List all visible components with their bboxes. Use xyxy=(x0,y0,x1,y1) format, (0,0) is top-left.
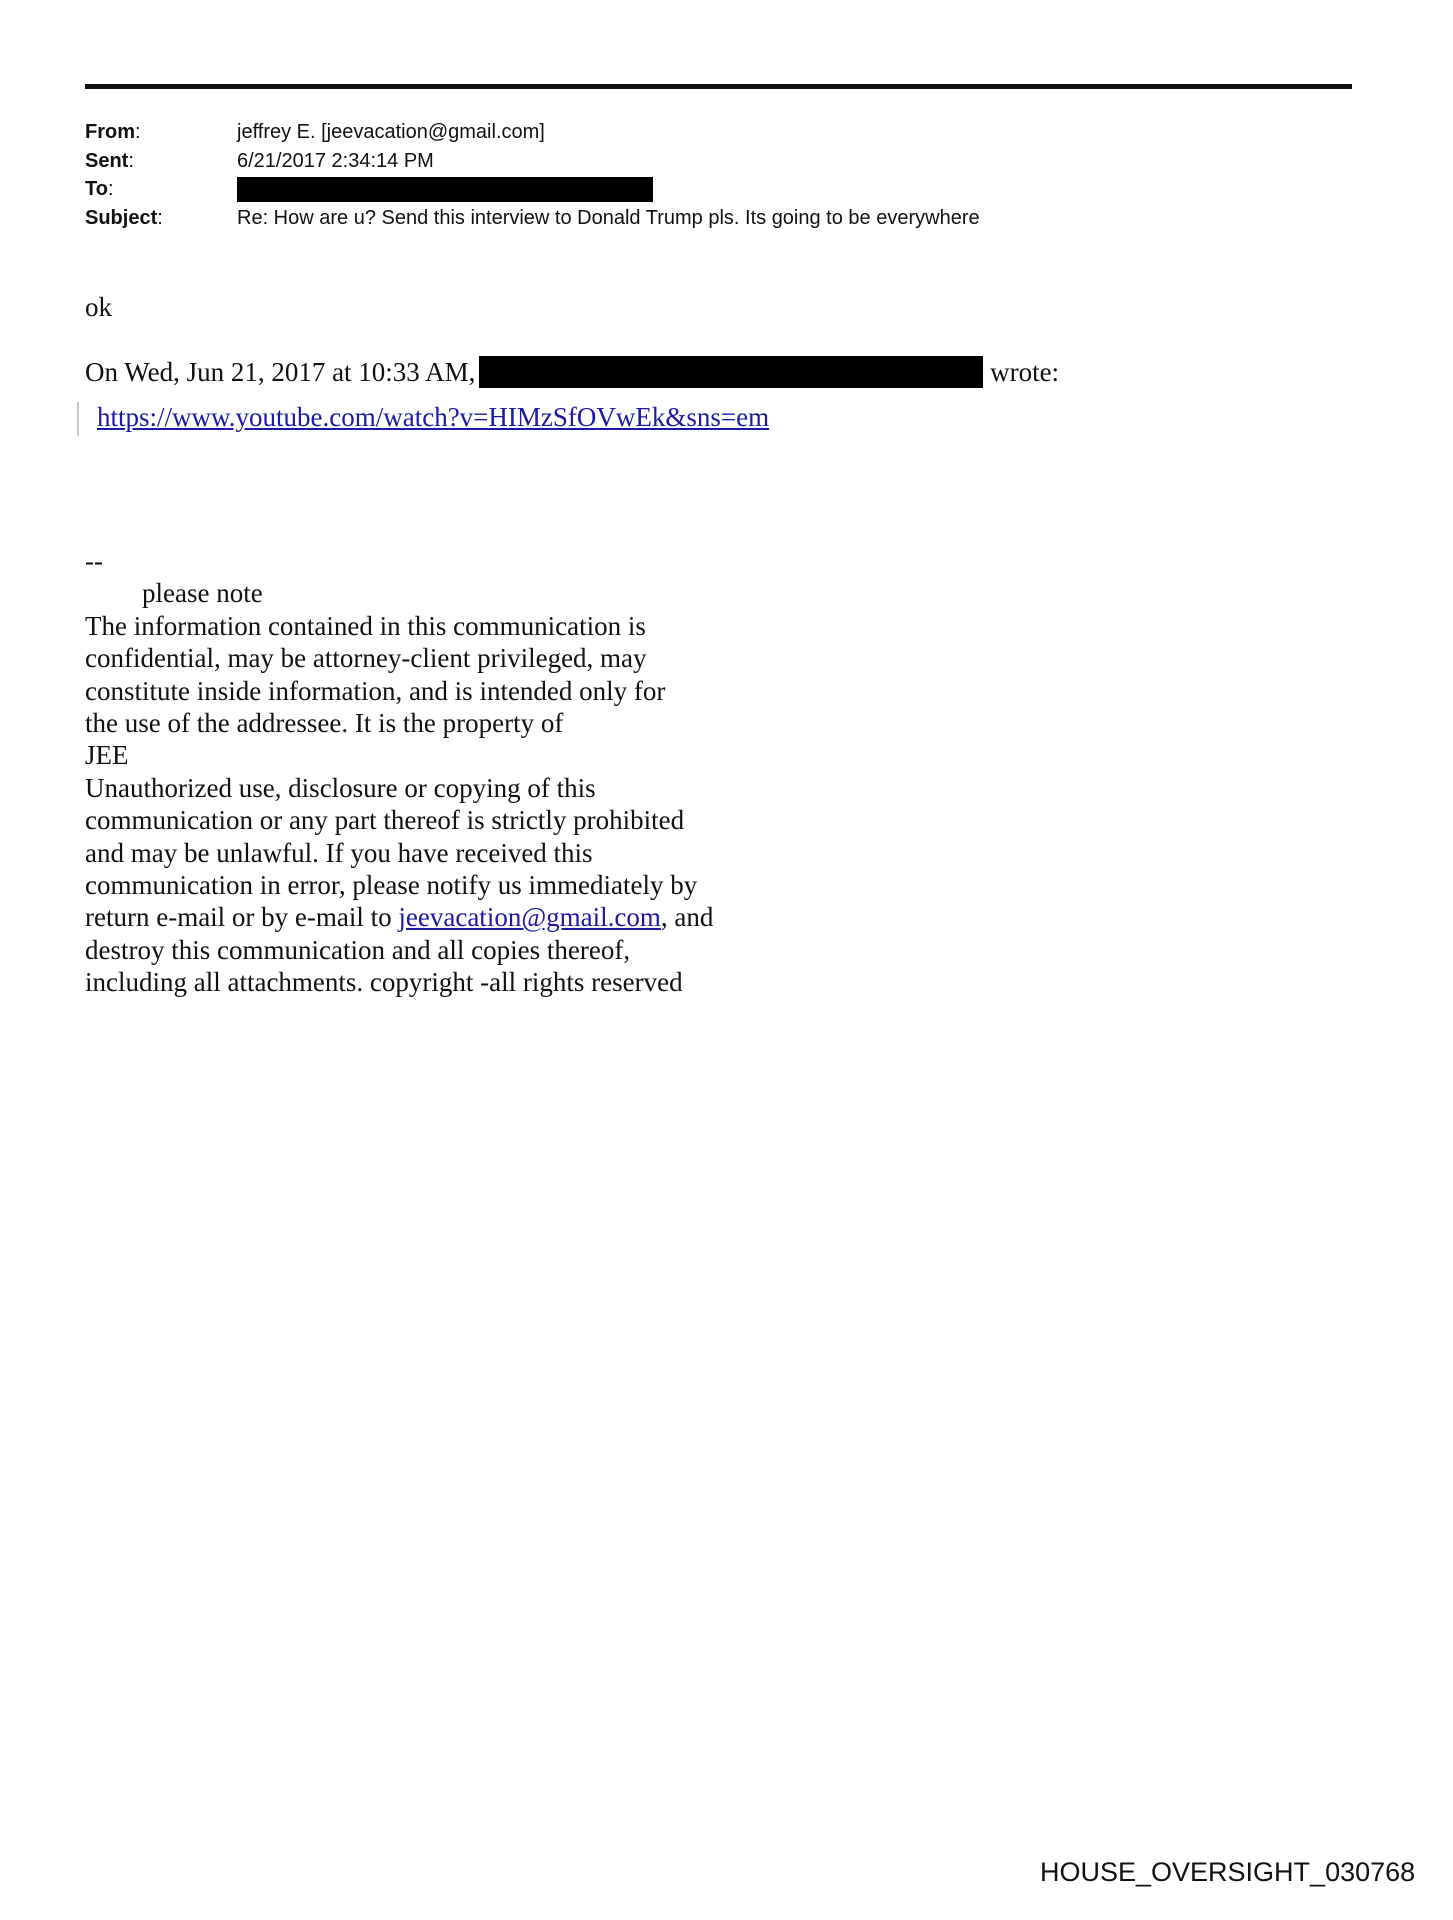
subject-value: Re: How are u? Send this interview to Do… xyxy=(237,204,980,233)
disclaimer-email-link[interactable]: jeevacation@gmail.com xyxy=(398,902,661,932)
quoted-intro: On Wed, Jun 21, 2017 at 10:33 AM, wrote: xyxy=(85,356,1059,388)
disclaimer-line: Unauthorized use, disclosure or copying … xyxy=(85,772,713,804)
sent-row: Sent: 6/21/2017 2:34:14 PM xyxy=(85,147,980,176)
subject-label: Subject xyxy=(85,207,157,229)
sent-value: 6/21/2017 2:34:14 PM xyxy=(237,147,434,176)
disclaimer-email-line: return e-mail or by e-mail to jeevacatio… xyxy=(85,901,713,933)
disclaimer-line: The information contained in this commun… xyxy=(85,610,713,642)
disclaimer-line: destroy this communication and all copie… xyxy=(85,934,713,966)
quoted-intro-suffix: wrote: xyxy=(990,357,1059,387)
disclaimer-line: JEE xyxy=(85,739,713,771)
to-redaction xyxy=(237,177,653,202)
disclaimer-line: communication or any part thereof is str… xyxy=(85,804,713,836)
disclaimer-line: confidential, may be attorney-client pri… xyxy=(85,642,713,674)
reply-text: ok xyxy=(85,292,112,323)
quoted-block: https://www.youtube.com/watch?v=HIMzSfOV… xyxy=(77,402,769,436)
from-value: jeffrey E. [jeevacation@gmail.com] xyxy=(237,118,545,147)
please-note: please note xyxy=(85,577,713,609)
from-label: From xyxy=(85,121,135,143)
disclaimer-line: including all attachments. copyright -al… xyxy=(85,966,713,998)
sent-label: Sent xyxy=(85,150,128,172)
disclaimer-line: constitute inside information, and is in… xyxy=(85,675,713,707)
email-header: From: jeffrey E. [jeevacation@gmail.com]… xyxy=(85,118,980,232)
quoted-intro-prefix: On Wed, Jun 21, 2017 at 10:33 AM, xyxy=(85,357,475,387)
disclaimer-line: communication in error, please notify us… xyxy=(85,869,713,901)
to-row: To: xyxy=(85,175,980,204)
to-label: To xyxy=(85,178,108,200)
header-divider-rule xyxy=(85,84,1352,89)
subject-row: Subject: Re: How are u? Send this interv… xyxy=(85,204,980,233)
youtube-link[interactable]: https://www.youtube.com/watch?v=HIMzSfOV… xyxy=(97,402,769,432)
signature-separator: -- xyxy=(85,545,713,577)
disclaimer-line: the use of the addressee. It is the prop… xyxy=(85,707,713,739)
disclaimer-line: and may be unlawful. If you have receive… xyxy=(85,837,713,869)
bates-number: HOUSE_OVERSIGHT_030768 xyxy=(1040,1857,1415,1888)
from-row: From: jeffrey E. [jeevacation@gmail.com] xyxy=(85,118,980,147)
signature-block: -- please note The information contained… xyxy=(85,545,713,999)
quoted-sender-redaction xyxy=(479,356,983,388)
